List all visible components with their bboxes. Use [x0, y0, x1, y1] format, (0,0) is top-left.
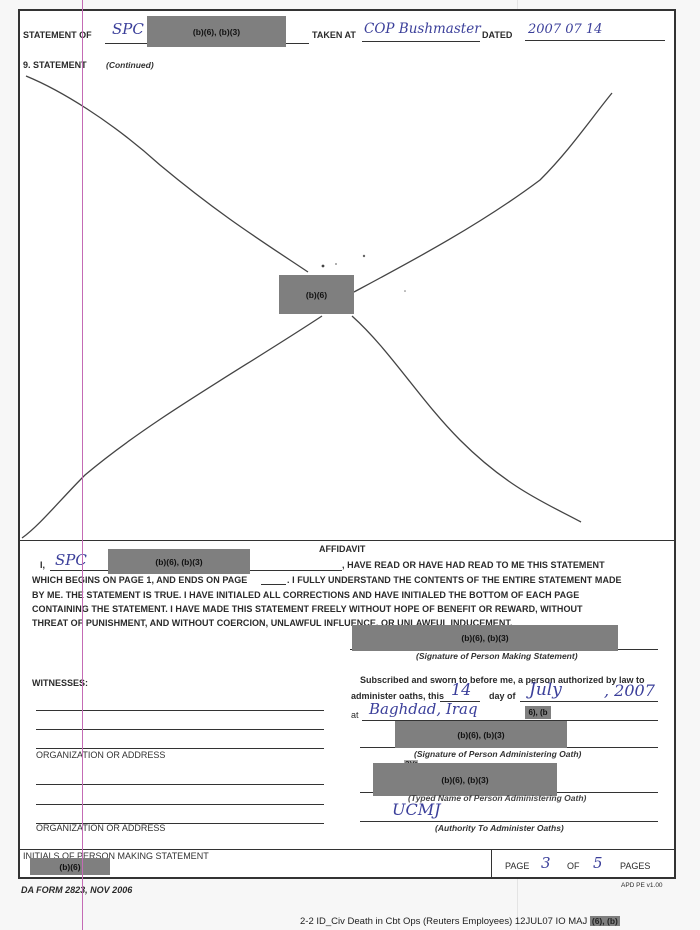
affidavit-text-line: CONTAINING THE STATEMENT. I HAVE MADE TH… [32, 604, 583, 614]
redaction-box: (b)(6), (b)(3) [352, 625, 618, 651]
authority-value: UCMJ [392, 800, 441, 819]
authority-line [360, 821, 658, 822]
oath-text-line: Subscribed and sworn to before me, a per… [360, 675, 645, 685]
of-label: OF [567, 861, 580, 871]
redaction-box: (b)(6), (b)(3) [395, 721, 567, 748]
day-value: 14 [451, 680, 471, 699]
affidavit-text-line: . I FULLY UNDERSTAND THE CONTENTS OF THE… [287, 575, 622, 585]
ends-on-page-blank [261, 584, 286, 585]
affidavit-i-label: I, [40, 560, 45, 570]
affidavit-title: AFFIDAVIT [319, 544, 365, 554]
witness-line [36, 729, 324, 730]
document-caption-text: 2-2 ID_Civ Death in Cbt Ops (Reuters Emp… [300, 916, 587, 927]
affidavit-divider [18, 540, 676, 541]
witness-line [36, 748, 324, 749]
redaction-box: (b)(6), (b)(3) [373, 763, 557, 796]
location-value: Baghdad, Iraq [369, 700, 478, 718]
page-number-value: 3 [541, 854, 551, 872]
affidavit-text-line: WHICH BEGINS ON PAGE 1, AND ENDS ON PAGE [32, 575, 247, 585]
affidavit-text-line: BY ME. THE STATEMENT IS TRUE. I HAVE INI… [32, 590, 579, 600]
redaction-box: (b)(6), (b)(3) [108, 549, 250, 574]
day-of-label: day of [489, 691, 516, 701]
footer-divider [18, 849, 676, 850]
document-caption: 2-2 ID_Civ Death in Cbt Ops (Reuters Emp… [300, 916, 620, 927]
scan-margin-line [82, 0, 83, 930]
redaction-box: (b)(6) [30, 858, 110, 875]
footer-vertical-divider [491, 849, 492, 879]
form-version: APD PE v1.00 [621, 882, 663, 889]
page-label: PAGE [505, 861, 529, 871]
signature-caption: (Signature of Person Making Statement) [416, 651, 578, 661]
month-underline [520, 701, 606, 702]
total-pages-value: 5 [593, 854, 603, 872]
year-underline [606, 701, 658, 702]
year-value: , 2007 [604, 681, 655, 700]
authority-caption: (Authority To Administer Oaths) [435, 823, 564, 833]
month-value: July [529, 680, 562, 700]
redaction-box: 6), (b [525, 706, 551, 719]
redaction-box: (b)(6) [279, 275, 354, 314]
admin-signature-caption: (Signature of Person Administering Oath) [414, 749, 581, 759]
form-id: DA FORM 2823, NOV 2006 [21, 885, 132, 895]
redaction-box: (6), (b) [590, 916, 620, 926]
witness-line [36, 804, 324, 805]
organization-label-2: ORGANIZATION OR ADDRESS [36, 823, 165, 833]
organization-label-1: ORGANIZATION OR ADDRESS [36, 750, 165, 760]
at-label: at [351, 710, 359, 720]
witnesses-label: WITNESSES: [32, 678, 88, 688]
pages-label: PAGES [620, 861, 650, 871]
strikethrough-x [0, 0, 700, 930]
affidavit-text-line: , HAVE READ OR HAVE HAD READ TO ME THIS … [342, 560, 605, 570]
witness-line [36, 710, 324, 711]
witness-line [36, 784, 324, 785]
